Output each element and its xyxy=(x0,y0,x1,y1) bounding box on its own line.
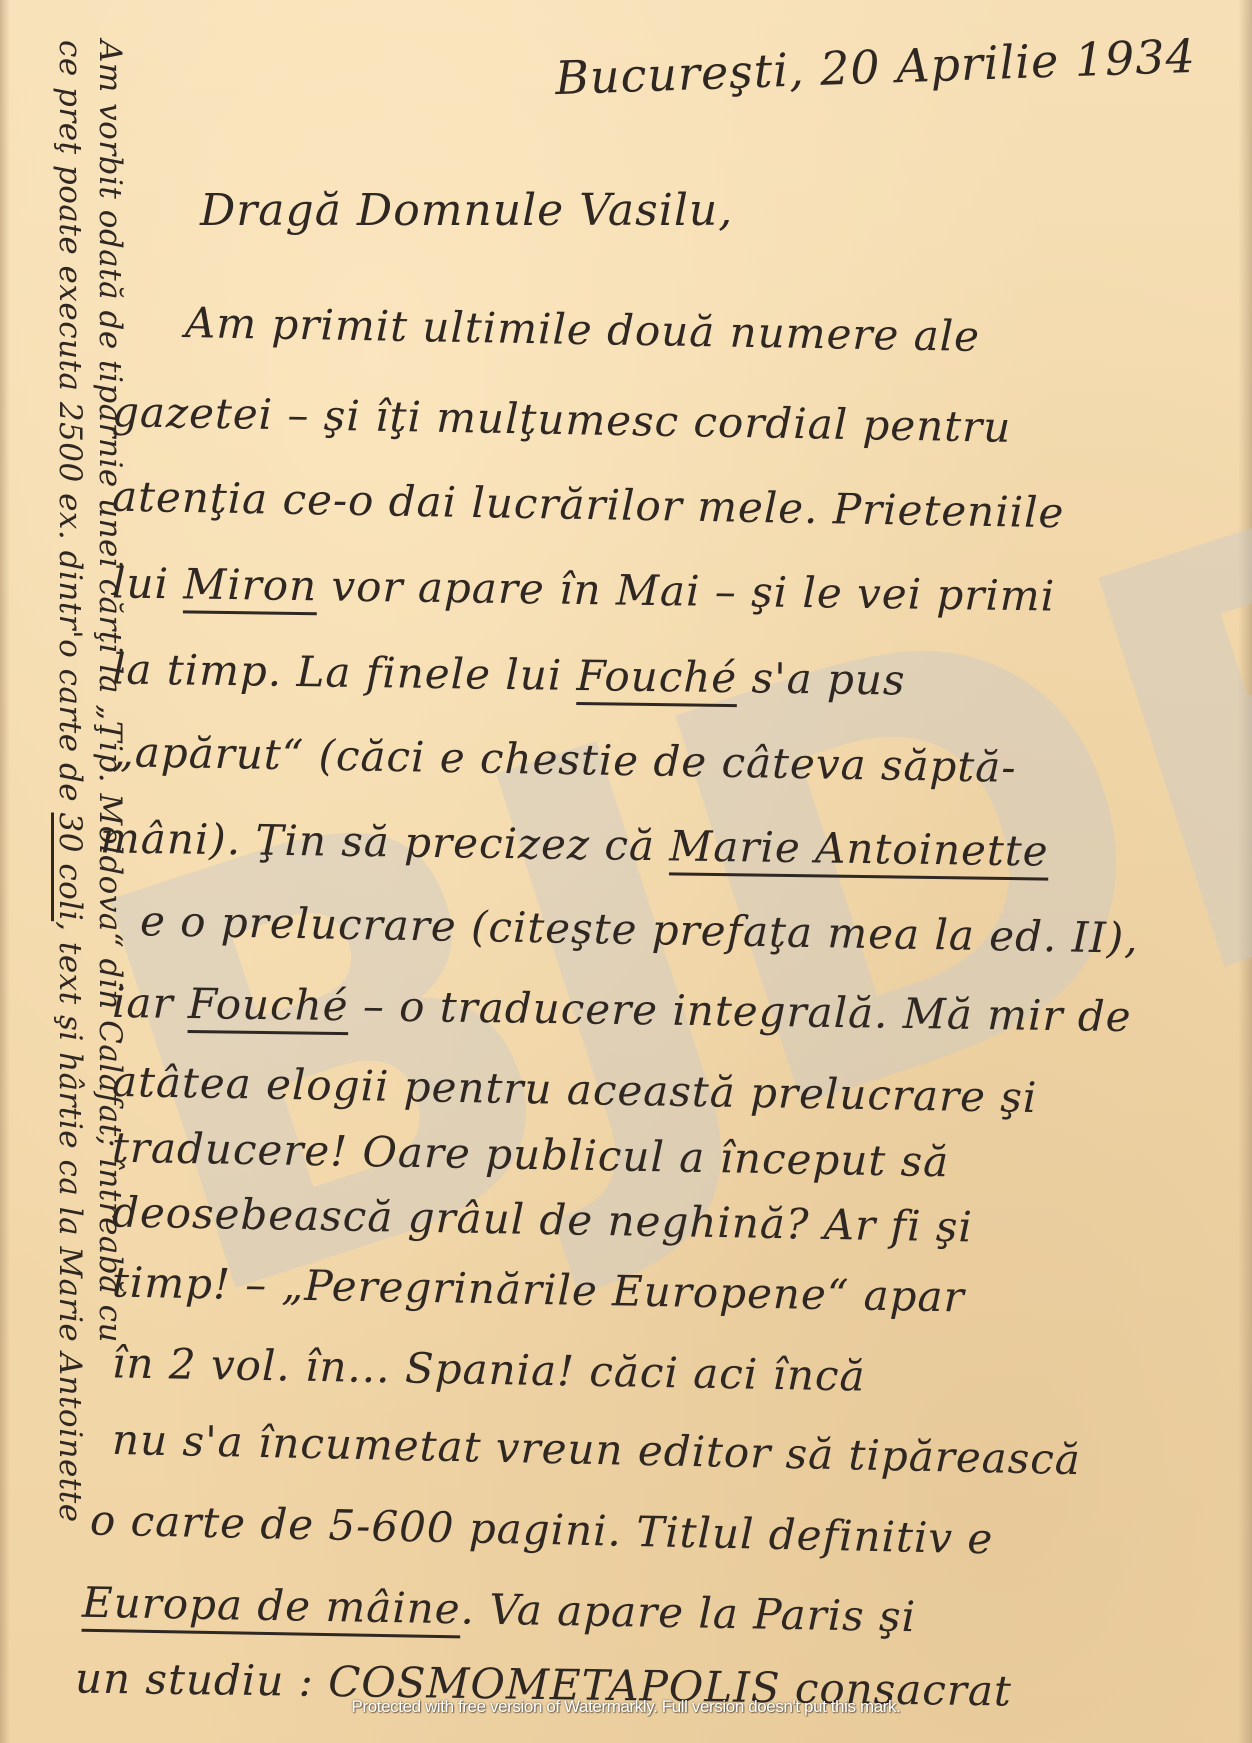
underlined-30-coli: 30 coli xyxy=(52,813,88,922)
body-line-8: e o prelucrare (citeşte prefaţa mea la e… xyxy=(140,896,1139,962)
margin-note-vertical: Am vorbit odată de tiparnie unei cărţi l… xyxy=(40,40,130,1740)
place-date: Bucureşti, 20 Aprilie 1934 xyxy=(554,29,1196,105)
margin-note-line-2: ce preţ poate executa 2500 ex. dintr'o c… xyxy=(50,40,90,1740)
body-line-15: nu s'a încumetat vreun editor să tipărea… xyxy=(112,1415,1082,1484)
body-line-9: iar Fouché – o traducere integrală. Mă m… xyxy=(112,978,1132,1041)
body-line-17: Europa de mâine. Va apare la Paris şi xyxy=(82,1578,917,1642)
body-line-7: mâni). Ţin să precizez că Marie Antoinet… xyxy=(100,813,1049,875)
underlined-title-fouche: Fouché xyxy=(576,651,737,702)
margin-note-line-1: Am vorbit odată de tiparnie unei cărţi l… xyxy=(90,40,130,1740)
watermarkly-notice: Protected with free version of Watermark… xyxy=(0,1697,1252,1717)
body-line-14: în 2 vol. în... Spania! căci aci încă xyxy=(112,1338,866,1400)
body-line-5: la timp. La finele lui Fouché s'a pus xyxy=(112,644,906,704)
body-line-16: o carte de 5-600 pagini. Titlul definiti… xyxy=(90,1496,994,1564)
body-line-4: lui Miron vor apare în Mai – şi le vei p… xyxy=(112,558,1056,620)
body-line-10: atâtea elogii pentru această prelucrare … xyxy=(112,1057,1038,1122)
letter-page: BJDB Bucureşti, 20 Aprilie 1934 Dragă Do… xyxy=(0,0,1252,1743)
body-line-13: timp! – „Peregrinările Europene“ apar xyxy=(112,1258,965,1322)
underlined-title-miron: Miron xyxy=(183,559,318,610)
body-line-12: deosebească grâul de neghină? Ar fi şi xyxy=(112,1187,974,1251)
underlined-title-fouche-2: Fouché xyxy=(188,979,349,1030)
body-line-2: gazetei – şi îţi mulţumesc cordial pentr… xyxy=(112,387,1012,452)
underlined-title-marie-antoinette: Marie Antoinette xyxy=(669,821,1049,875)
body-line-11: traducere! Oare publicul a început să xyxy=(112,1123,950,1187)
underlined-title-europa-de-maine: Europa de mâine xyxy=(82,1578,461,1634)
body-line-3: atenţia ce-o dai lucrărilor mele. Priete… xyxy=(112,472,1065,538)
salutation: Dragă Domnule Vasilu, xyxy=(200,185,733,236)
body-line-6: „apărut“ (căci e chestie de câteva săptă… xyxy=(112,727,1017,792)
body-line-1: Am primit ultimile două numere ale xyxy=(185,298,981,361)
